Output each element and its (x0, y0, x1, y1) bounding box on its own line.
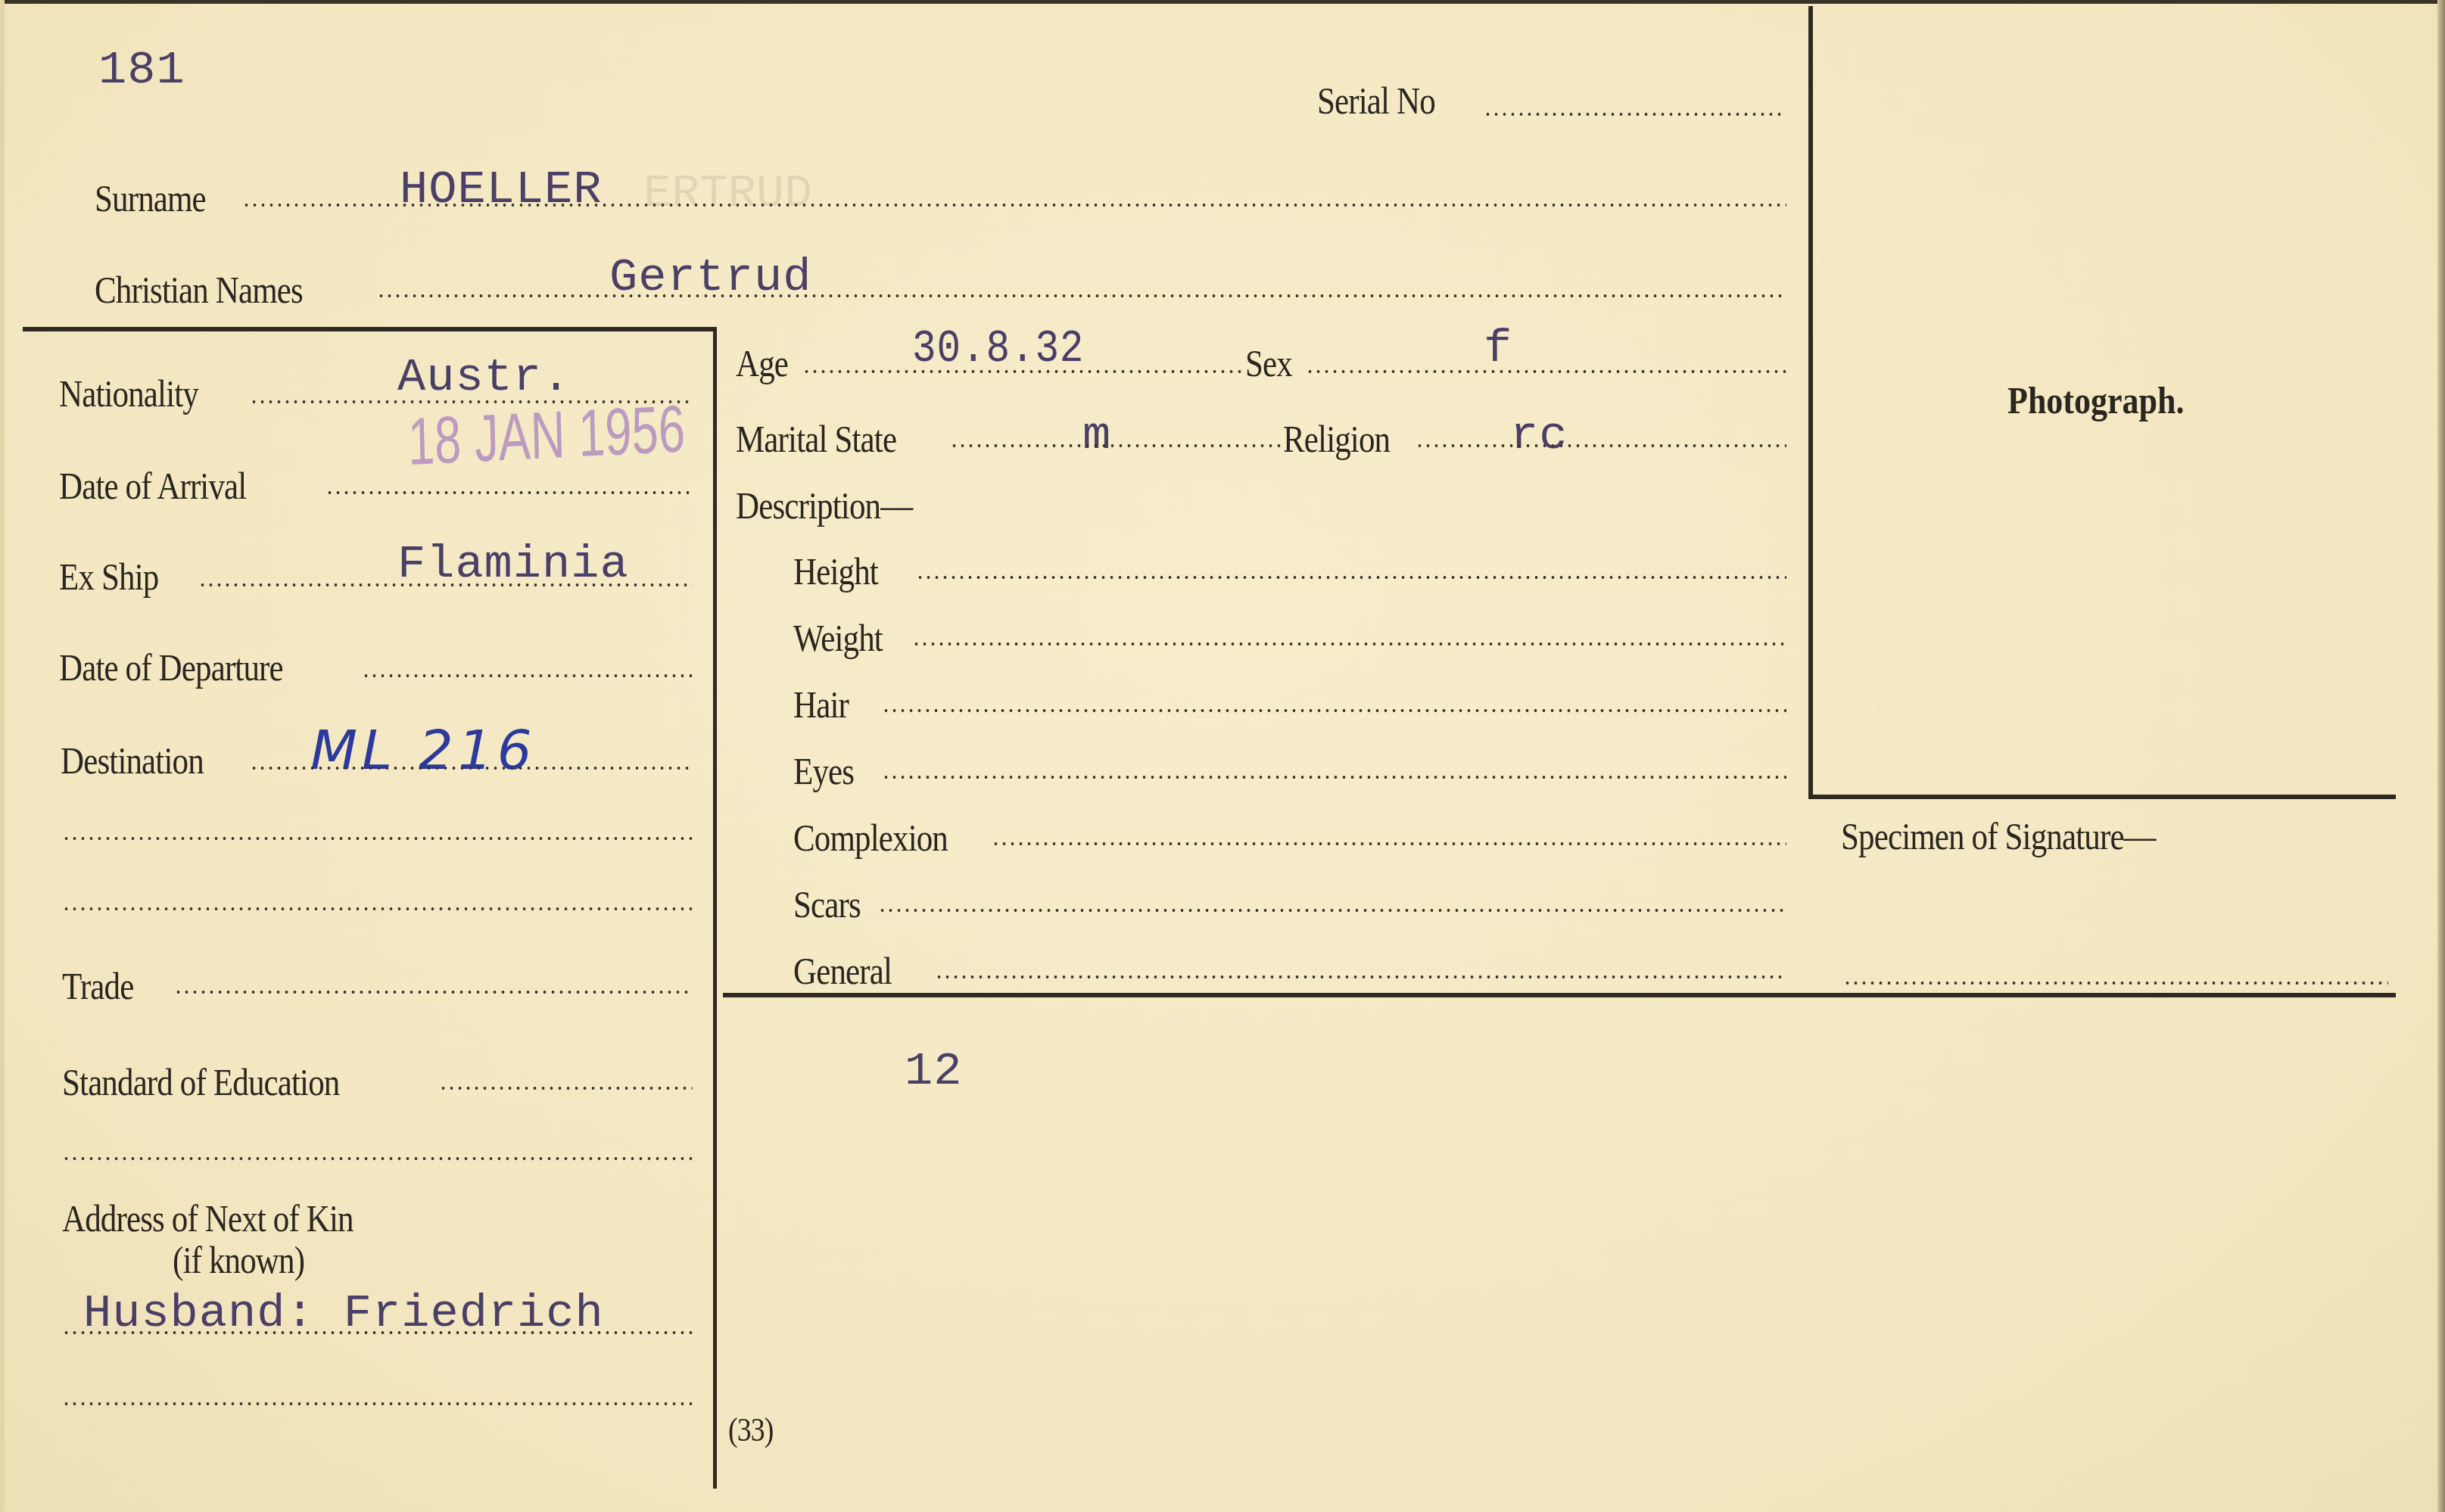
christian-names-label: Christian Names (95, 271, 303, 309)
height-label: Height (793, 552, 878, 590)
description-label: Description— (736, 487, 912, 524)
ex-ship-value: Flaminia (397, 541, 629, 588)
trade-field[interactable] (174, 990, 693, 994)
sex-value: f (1484, 325, 1512, 372)
serial-no-label: Serial No (1317, 82, 1435, 120)
hair-label: Hair (793, 686, 849, 723)
eyes-label: Eyes (793, 752, 854, 790)
photograph-box[interactable] (1817, 45, 2392, 791)
surname-field[interactable] (242, 203, 1786, 207)
immigration-card: 181 Serial No Surname HOELLER ERTRUD Chr… (0, 0, 2445, 1512)
photo-box-bottom-rule (1808, 795, 2396, 799)
card-top-edge (0, 0, 2445, 4)
signature-label: Specimen of Signature— (1841, 817, 2156, 855)
next-of-kin-extra-line[interactable] (62, 1402, 693, 1406)
form-code: (33) (728, 1414, 774, 1447)
marital-state-field[interactable] (950, 443, 1283, 448)
trade-label: Trade (62, 967, 133, 1005)
marital-state-value: m (1082, 412, 1111, 459)
education-extra-line[interactable] (62, 1156, 693, 1161)
date-of-arrival-label: Date of Arrival (59, 467, 246, 505)
destination-label: Destination (61, 742, 204, 779)
nationality-value: Austr. (397, 354, 571, 401)
ex-ship-label: Ex Ship (59, 558, 158, 596)
next-of-kin-field[interactable] (62, 1330, 693, 1335)
age-label: Age (736, 344, 788, 382)
general-label: General (793, 952, 892, 990)
religion-label: Religion (1283, 420, 1390, 458)
general-field[interactable] (935, 975, 1786, 979)
description-bottom-rule (723, 993, 2396, 997)
date-of-arrival-field[interactable] (325, 490, 693, 495)
complexion-label: Complexion (793, 819, 948, 857)
hair-field[interactable] (882, 708, 1786, 713)
religion-field[interactable] (1416, 443, 1786, 448)
extra-line-2[interactable] (62, 907, 693, 911)
arrival-date-stamp: 18 JAN 1956 (407, 395, 686, 475)
card-left-edge (0, 0, 5, 1512)
surname-label: Surname (95, 179, 206, 217)
eyes-field[interactable] (882, 775, 1786, 779)
date-of-departure-label: Date of Departure (59, 649, 283, 686)
scars-field[interactable] (878, 908, 1786, 913)
standard-of-education-label: Standard of Education (62, 1063, 339, 1101)
card-right-edge (2437, 0, 2445, 1512)
christian-names-field[interactable] (377, 294, 1786, 298)
card-number: 181 (98, 47, 185, 94)
destination-field[interactable] (250, 766, 693, 770)
photo-box-divider (1808, 6, 1813, 799)
complexion-field[interactable] (992, 842, 1786, 846)
age-field[interactable] (802, 369, 1241, 374)
standard-of-education-field[interactable] (439, 1086, 693, 1090)
sex-label: Sex (1245, 344, 1292, 382)
signature-field[interactable] (1843, 981, 2388, 985)
ex-ship-field[interactable] (198, 583, 693, 587)
next-of-kin-label: Address of Next of Kin (62, 1199, 354, 1237)
date-of-departure-field[interactable] (362, 674, 693, 678)
marital-state-label: Marital State (736, 420, 896, 458)
next-of-kin-sublabel: (if known) (173, 1241, 304, 1279)
weight-label: Weight (793, 619, 883, 657)
surname-struck-text: ERTRUD (643, 166, 812, 220)
left-header-rule (23, 327, 715, 331)
scars-label: Scars (793, 885, 861, 923)
age-value: 30.8.32 (912, 325, 1084, 372)
lower-number: 12 (905, 1048, 962, 1095)
left-column-divider (713, 327, 717, 1489)
serial-no-field[interactable] (1484, 112, 1786, 117)
height-field[interactable] (916, 575, 1786, 580)
weight-field[interactable] (912, 642, 1786, 646)
religion-value: rc (1510, 412, 1568, 459)
sex-field[interactable] (1306, 369, 1786, 374)
extra-line-1[interactable] (62, 836, 693, 841)
nationality-label: Nationality (59, 375, 198, 412)
